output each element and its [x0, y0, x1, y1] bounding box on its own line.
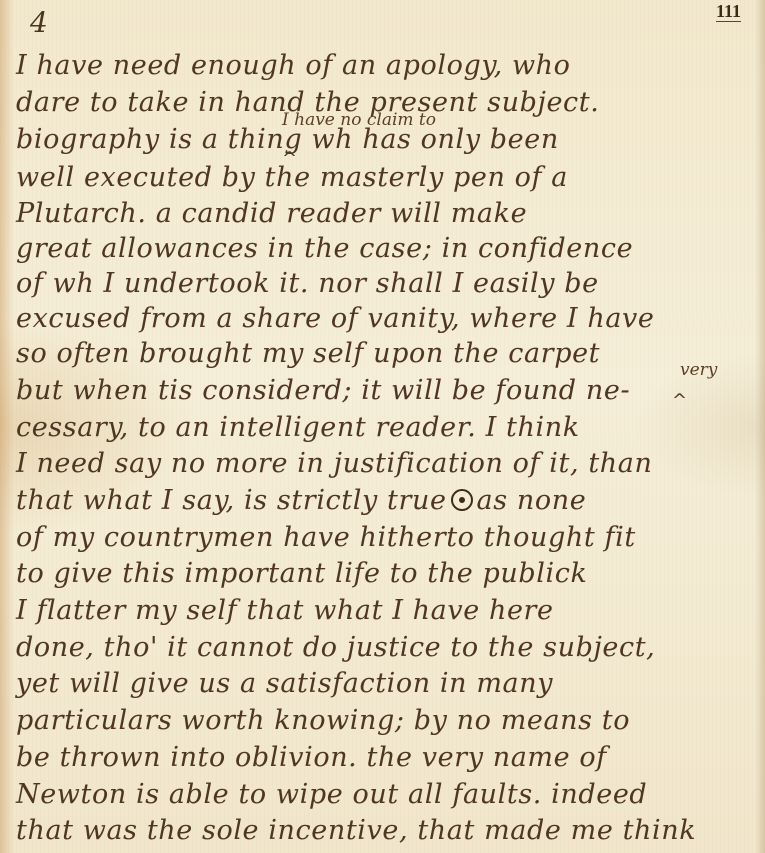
text-line: I flatter my self that what I have here: [16, 595, 554, 626]
manuscript-page: 4 111 I have need enough of an apology, …: [0, 0, 765, 853]
text-line: well executed by the masterly pen of a: [16, 162, 568, 193]
text-segment: that what I say, is strictly true: [16, 485, 447, 516]
text-line: so often brought my self upon the carpet: [16, 338, 600, 369]
text-line: Newton is able to wipe out all faults. i…: [16, 779, 647, 810]
text-line: I have need enough of an apology, who: [16, 50, 571, 81]
text-line: of my countrymen have hitherto thought f…: [16, 522, 636, 553]
text-line: be thrown into oblivion. the very name o…: [16, 742, 607, 773]
text-line: excused from a share of vanity, where I …: [16, 303, 654, 334]
text-line: of wh I undertook it. nor shall I easily…: [16, 268, 599, 299]
folio-number-right: 111: [716, 2, 741, 22]
page-edge-left: [0, 0, 14, 853]
text-line: yet will give us a satisfaction in many: [16, 668, 553, 699]
page-edge-right: [755, 0, 765, 853]
text-line: great allowances in the case; in confide…: [16, 233, 633, 264]
text-line-with-symbol: that what I say, is strictly trueas none: [16, 485, 586, 516]
interlinear-insertion: very: [680, 360, 717, 380]
text-segment: as none: [477, 485, 587, 516]
text-line: biography is a thing wh has only been: [16, 124, 559, 155]
text-line: to give this important life to the publi…: [16, 558, 587, 589]
text-line: cessary, to an intelligent reader. I thi…: [16, 412, 580, 443]
folio-number-left: 4: [30, 6, 48, 39]
circled-dot-symbol-icon: [451, 489, 473, 511]
text-line: but when tis considerd; it will be found…: [16, 375, 630, 406]
text-line: particulars worth knowing; by no means t…: [16, 705, 630, 736]
text-line: Plutarch. a candid reader will make: [16, 198, 527, 229]
text-line: that was the sole incentive, that made m…: [16, 815, 696, 846]
text-line: I need say no more in justification of i…: [16, 448, 652, 479]
insertion-caret-icon: ^: [672, 390, 687, 411]
text-line: done, tho' it cannot do justice to the s…: [16, 632, 655, 663]
